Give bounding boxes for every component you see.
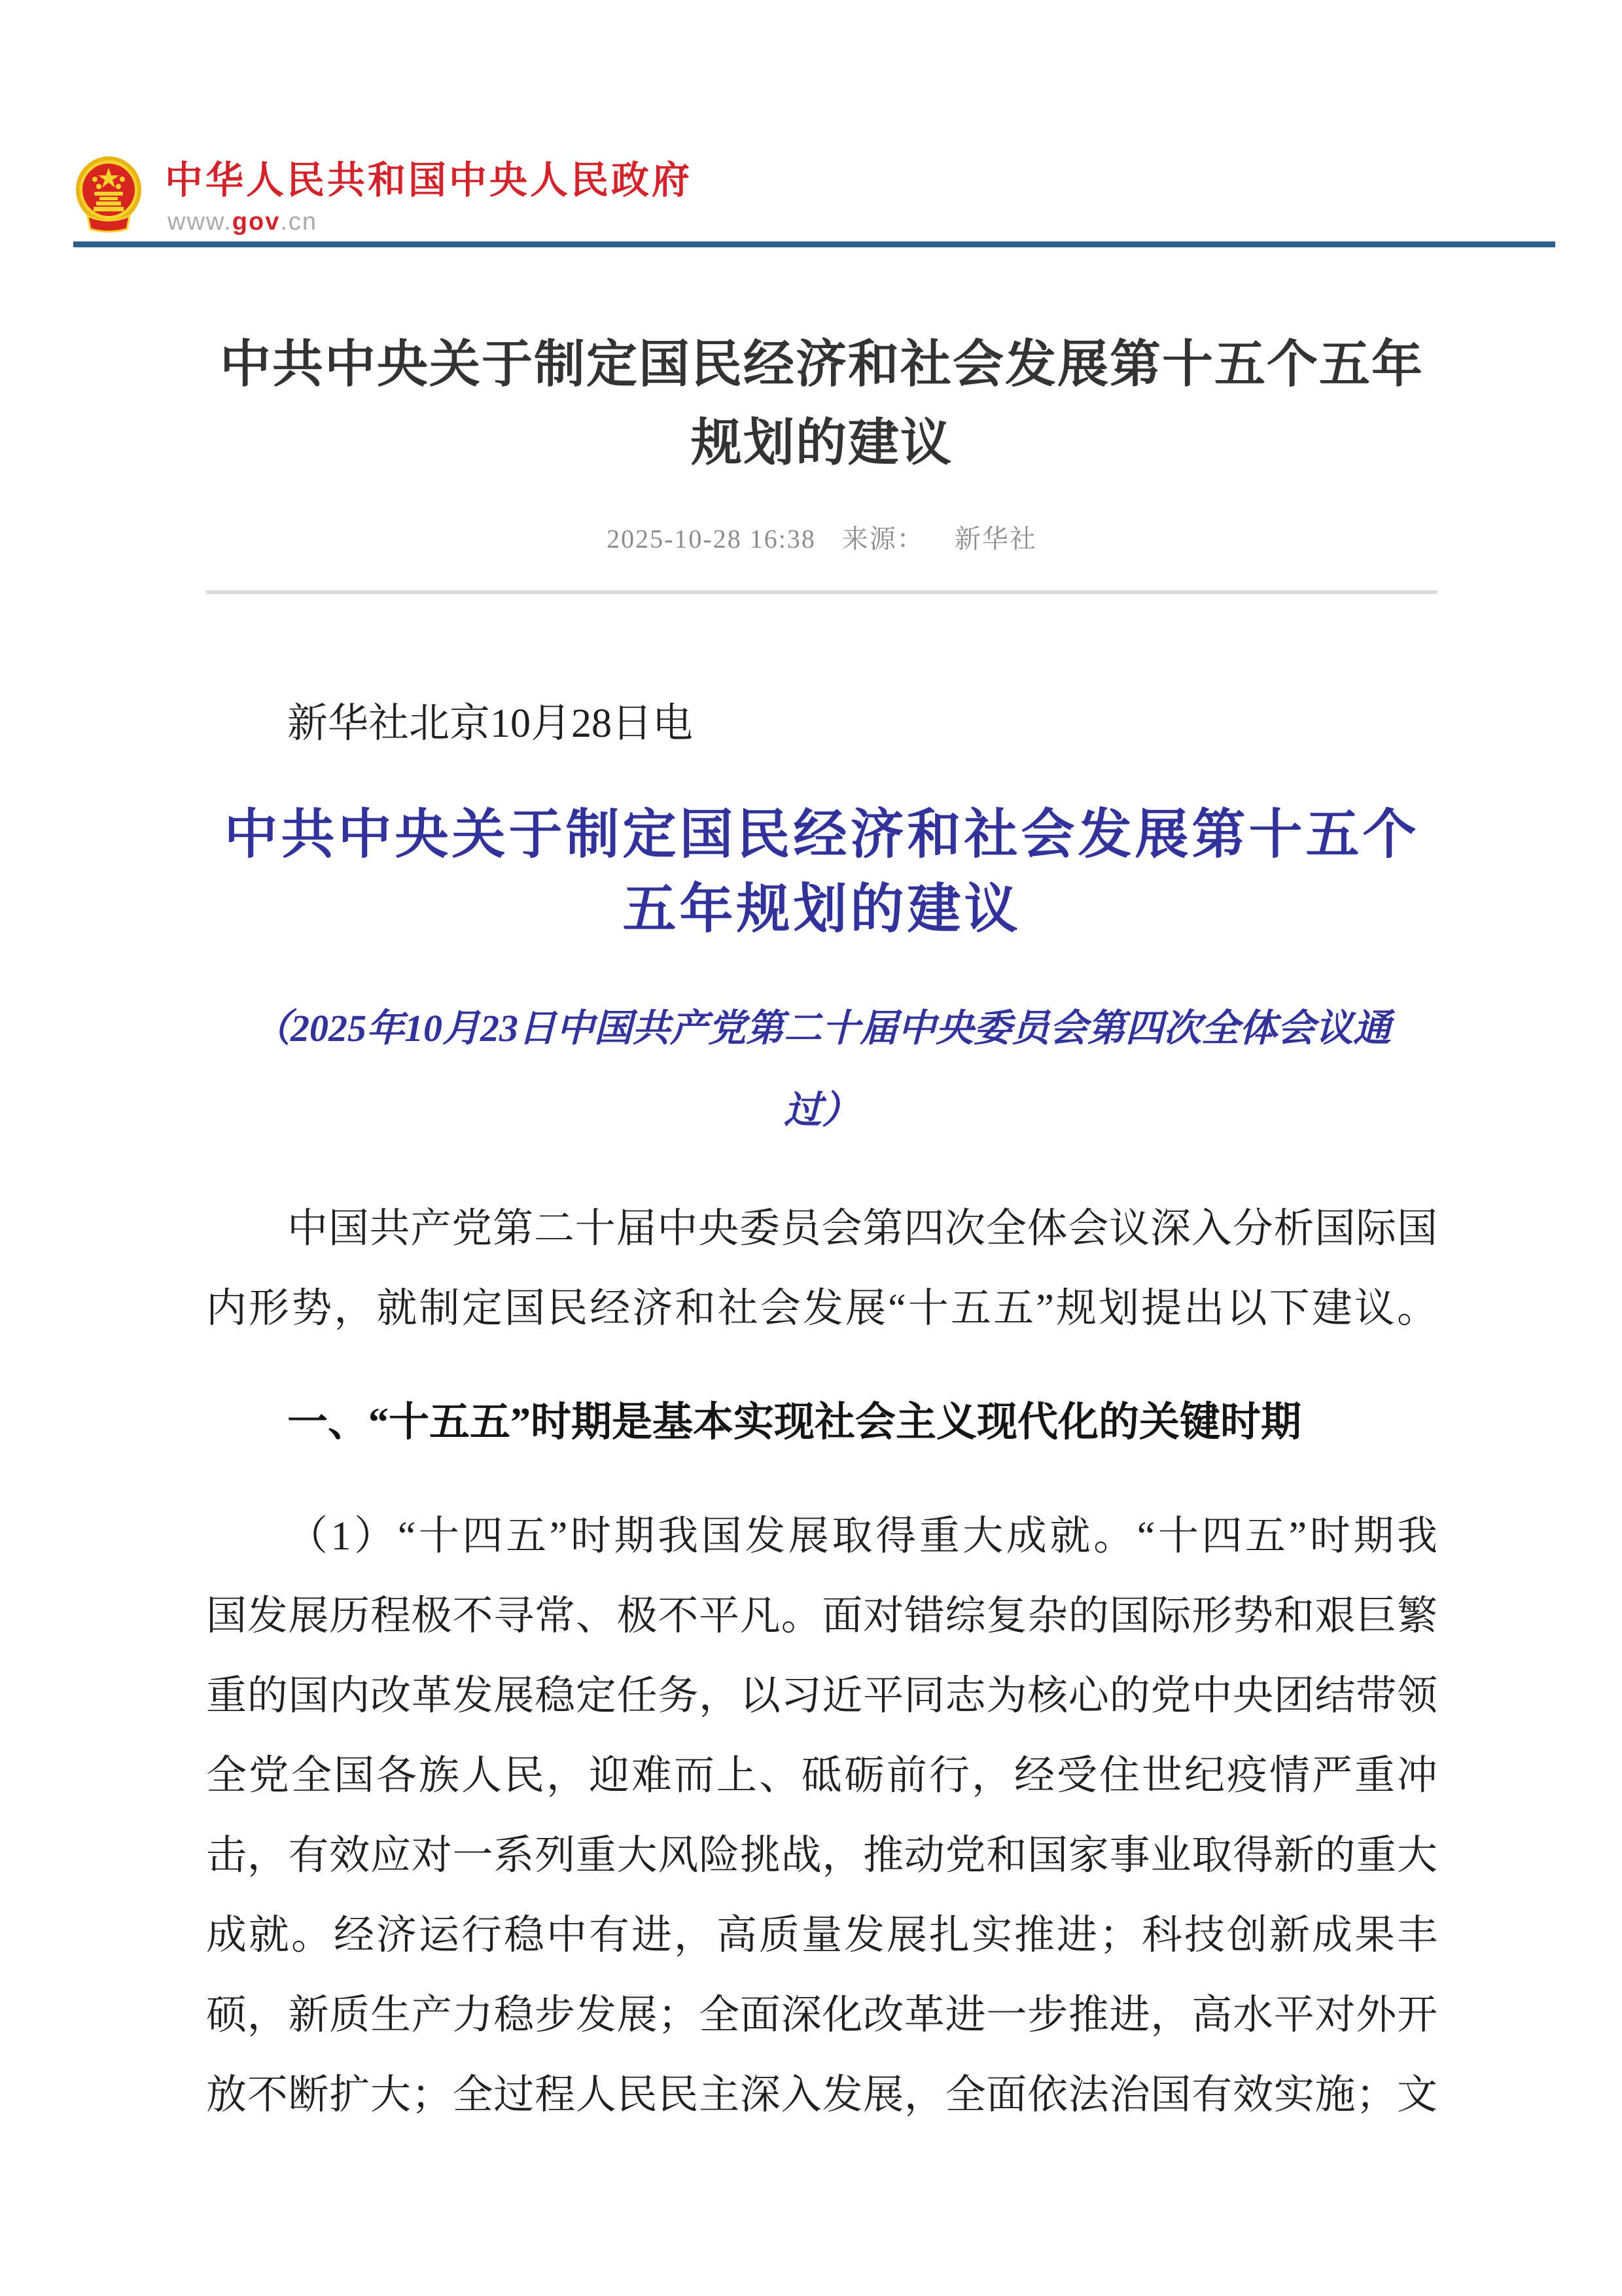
text-line: 重的国内改革发展稳定任务，以习近平同志为核心的党中央团结带领 (206, 1656, 1437, 1736)
text-line: （1）“十四五”时期我国发展取得重大成就。“十四五”时期我 (206, 1496, 1437, 1576)
document-title: 中共中央关于制定国民经济和社会发展第十五个五年规划的建议 (206, 798, 1437, 947)
dateline: 新华社北京10月28日电 (206, 684, 1437, 764)
site-url-cn: .cn (280, 208, 317, 236)
site-url-link[interactable]: www.gov.cn (167, 208, 317, 236)
national-emblem-icon[interactable] (75, 156, 143, 233)
meta-divider (206, 590, 1437, 594)
text-line: 国发展历程极不寻常、极不平凡。面对错综复杂的国际形势和艰巨繁 (206, 1576, 1437, 1656)
gov-cn-article-page: 中华人民共和国中央人民政府 www.gov.cn 中共中央关于制定国民经济和社会… (0, 0, 1622, 2296)
text-line: 击，有效应对一系列重大风险挑战，推动党和国家事业取得新的重大 (206, 1816, 1437, 1896)
article-meta: 2025-10-28 16:38 来源： 新华社 (206, 518, 1437, 556)
text-line: 规划的建议 (206, 403, 1437, 482)
meta-source[interactable]: 新华社 (955, 518, 1037, 556)
text-line: 全党全国各族人民，迎难而上、砥砺前行，经受住世纪疫情严重冲 (206, 1736, 1437, 1816)
text-line: （2025年10月23日中国共产党第二十届中央委员会第四次全体会议通 (206, 987, 1437, 1069)
site-url-gov: gov (232, 208, 281, 236)
header-divider (73, 241, 1555, 247)
text-line: 硕，新质生产力稳步发展；全面深化改革进一步推进，高水平对外开 (206, 1975, 1437, 2055)
text-line: 成就。经济运行稳中有进，高质量发展扎实推进；科技创新成果丰 (206, 1896, 1437, 1975)
text-line: 五年规划的建议 (206, 872, 1437, 947)
text-line: 放不断扩大；全过程人民民主深入发展，全面依法治国有效实施；文 (206, 2055, 1437, 2135)
text-line: 中国共产党第二十届中央委员会第四次全体会议深入分析国际国 (206, 1189, 1437, 1269)
meta-source-label: 来源： (842, 518, 925, 556)
text-line: 内形势，就制定国民经济和社会发展“十五五”规划提出以下建议。 (206, 1269, 1437, 1349)
article-body: 新华社北京10月28日电 中共中央关于制定国民经济和社会发展第十五个五年规划的建… (206, 684, 1437, 2135)
section-heading-1: 一、“十五五”时期是基本实现社会主义现代化的关键时期 (206, 1383, 1437, 1462)
site-title[interactable]: 中华人民共和国中央人民政府 (165, 160, 692, 202)
site-header: 中华人民共和国中央人民政府 www.gov.cn (0, 0, 1622, 249)
text-line: 中共中央关于制定国民经济和社会发展第十五个五年 (206, 325, 1437, 403)
text-line: 中共中央关于制定国民经济和社会发展第十五个 (206, 798, 1437, 872)
document-subtitle: （2025年10月23日中国共产党第二十届中央委员会第四次全体会议通过） (206, 987, 1437, 1151)
meta-datetime: 2025-10-28 16:38 (607, 523, 816, 554)
text-line: 过） (206, 1069, 1437, 1151)
paragraph-1: 中国共产党第二十届中央委员会第四次全体会议深入分析国际国内形势，就制定国民经济和… (206, 1189, 1437, 1349)
paragraph-2: （1）“十四五”时期我国发展取得重大成就。“十四五”时期我国发展历程极不寻常、极… (206, 1496, 1437, 2135)
site-url-www: www. (167, 208, 232, 236)
page-title: 中共中央关于制定国民经济和社会发展第十五个五年规划的建议 (206, 325, 1437, 482)
